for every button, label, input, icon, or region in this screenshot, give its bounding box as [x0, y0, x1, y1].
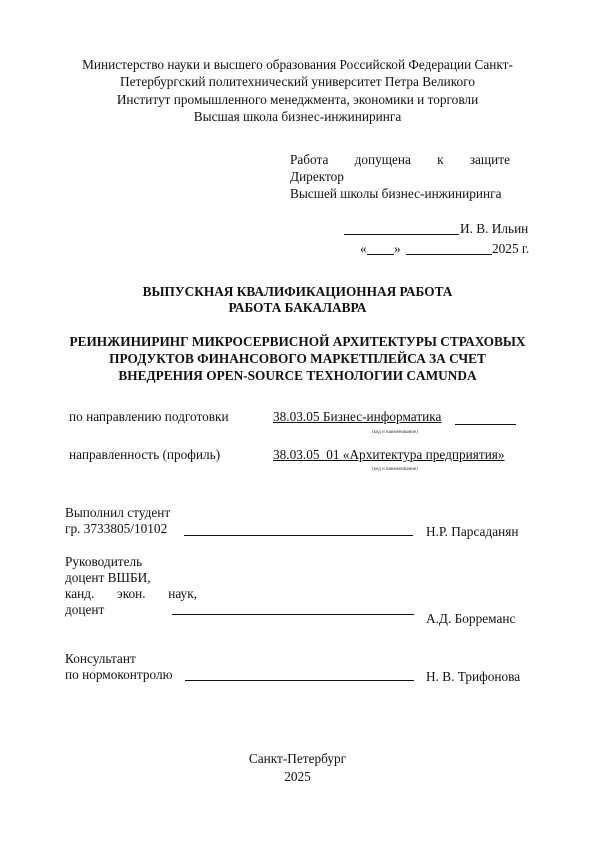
ministry-line: Министерство науки и высшего образования… — [0, 57, 595, 73]
student-signature-line — [184, 535, 413, 536]
city: Санкт-Петербург — [0, 751, 595, 767]
approval-word: допущена — [355, 152, 411, 168]
direction-label: по направлению подготовки — [69, 409, 229, 425]
approval-word: защите — [470, 152, 510, 168]
approval-word: к — [437, 152, 443, 168]
supervisor-title: доцент — [65, 602, 104, 618]
direction-value: 38.03.05 Бизнес-информатика — [273, 409, 441, 425]
university-line: Петербургский политехнический университе… — [0, 74, 595, 90]
profile-label: направленность (профиль) — [69, 447, 220, 463]
work-type-subtitle: РАБОТА БАКАЛАВРА — [0, 300, 595, 316]
institute-line: Институт промышленного менеджмента, экон… — [0, 92, 595, 108]
supervisor-label: Руководитель — [65, 554, 142, 570]
direction-underline — [455, 424, 516, 425]
consultant-label: Консультант — [65, 651, 136, 667]
student-name: Н.Р. Парсаданян — [426, 524, 518, 540]
supervisor-position: доцент ВШБИ, — [65, 570, 151, 586]
school-line: Высшая школа бизнес-инжиниринга — [0, 109, 595, 125]
date-day-line — [367, 254, 394, 255]
director-signature-line — [344, 234, 459, 235]
supervisor-name: А.Д. Борреманс — [426, 611, 515, 627]
approval-word: Работа — [290, 152, 328, 168]
profile-value: 38.03.05_01 «Архитектура предприятия» — [273, 447, 505, 463]
approval-line: Работа допущена к защите — [290, 152, 510, 168]
student-label: Выполнил студент — [65, 505, 170, 521]
topic-line-3: ВНЕДРЕНИЯ OPEN-SOURCE ТЕХНОЛОГИИ CAMUNDA — [0, 368, 595, 384]
date-year: 2025 г. — [492, 241, 529, 257]
consultant-role: по нормоконтролю — [65, 667, 173, 683]
supervisor-signature-line — [172, 614, 414, 615]
topic-line-1: РЕИНЖИНИРИНГ МИКРОСЕРВИСНОЙ АРХИТЕКТУРЫ … — [0, 334, 595, 350]
director-name: И. В. Ильин — [460, 221, 528, 237]
year: 2025 — [0, 769, 595, 785]
student-group: гр. 3733805/10102 — [65, 521, 167, 537]
director-label: Директор — [290, 169, 344, 185]
consultant-signature-line — [185, 680, 414, 681]
date-month-line — [406, 254, 492, 255]
consultant-name: Н. В. Трифонова — [426, 669, 520, 685]
work-type-title: ВЫПУСКНАЯ КВАЛИФИКАЦИОННАЯ РАБОТА — [0, 284, 595, 300]
direction-caption: (код и наименование) — [372, 430, 418, 435]
date-close-quote: » — [394, 241, 401, 257]
date-open-quote: « — [360, 241, 367, 257]
topic-line-2: ПРОДУКТОВ ФИНАНСОВОГО МАРКЕТПЛЕЙСА ЗА СЧ… — [0, 351, 595, 367]
director-school: Высшей школы бизнес-инжиниринга — [290, 186, 502, 202]
profile-caption: (код и наименование) — [372, 467, 418, 472]
supervisor-degree: канд. экон. наук, — [65, 586, 197, 602]
